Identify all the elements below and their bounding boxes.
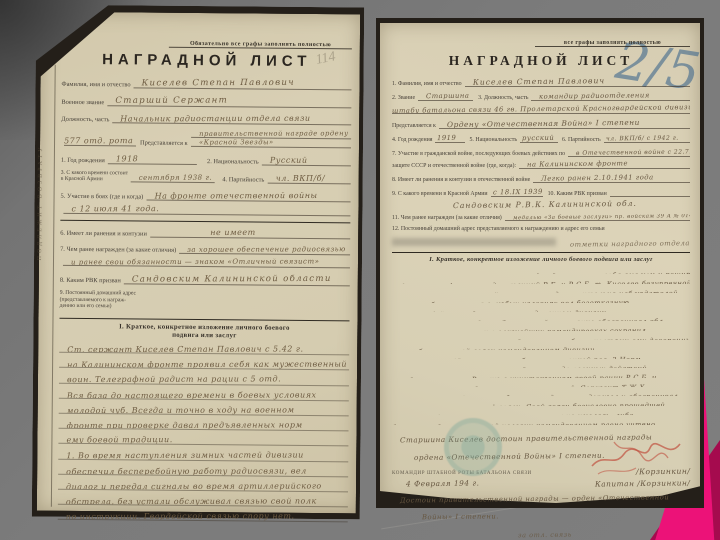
handwritten-line: всего личного командира связи им поручен… [392, 378, 690, 387]
section-divider-thick [59, 318, 349, 322]
handwritten-line: вел рацию по эвакуации в важнейших коман… [392, 321, 690, 330]
handwritten-body: Ст. сержант Киселев Степан Павлович с 5.… [58, 338, 350, 523]
field-underline: 577 отд. рота св. [64, 136, 136, 147]
field-label: 5. Участие в боях (где и когда) [61, 193, 144, 201]
handwritten-value: и ранее свои обязанности — знаком «Отлич… [63, 258, 319, 267]
handwriting: всего личного командира связи им поручен… [392, 383, 647, 387]
field-label: 11. Чем ранее награжден (за какие отличи… [392, 215, 502, 221]
field-underline: чл. ВКП/б/ [267, 174, 351, 185]
handwritten-line: работой, обеспечивающей комсостав и допо… [392, 284, 690, 293]
field-label-line: дению или его семьи) [60, 303, 112, 309]
field-row-name: 1. Фамилия, имя и отчество Киселев Степа… [392, 77, 690, 87]
field-row-service-rvk: 9. С какого времени в Красной Армии с 18… [392, 188, 690, 197]
field-label: Должность, часть [61, 116, 109, 123]
slide: ПОДЛЕЖИТ ВОЗВРАТУ 114 Обязательно все гр… [0, 0, 720, 540]
form-content: все графы заполнять полностью НАГРАДНОЙ … [392, 40, 690, 540]
field-underline: не имеет [150, 228, 350, 240]
handwritten-value: 1919 [435, 134, 456, 142]
field-row-awards: 11. Чем ранее награжден (за какие отличи… [392, 214, 690, 221]
handwritten-value: 577 отд. рота св. [64, 136, 136, 145]
field-row-rvk: 8. Каким РВК призван Сандовским Калининс… [60, 273, 350, 287]
endorsement-line: Войны» I степени. [392, 506, 690, 524]
handwritten-line: рации батальонной связи командованием ди… [392, 340, 690, 349]
field-label: 4. Партийность [222, 177, 264, 184]
handwriting: по инструкции. Гвардейской связью спору … [58, 511, 295, 521]
handwritten-value: русский [520, 134, 554, 142]
handwritten-date: 4 Февраля 194 г. [392, 478, 480, 488]
field-underline: штабу батальона связи 46 гв. Пролетарско… [392, 105, 690, 114]
handwritten-value: командир радиоотделения [531, 92, 650, 101]
field-underline: на Калининском фронте [519, 160, 690, 169]
field-label-line: в Красной Армии [61, 176, 103, 182]
handwritten-value: Начальник радиостанции отдела связи [112, 114, 310, 124]
field-label: 7. Участие в гражданской войне, последую… [392, 151, 565, 157]
field-underline: Начальник радиостанции отдела связи [112, 113, 351, 125]
handwriting: ему боевой традиции. [58, 435, 172, 444]
field-row-birth-nation: 1. Год рождения 1918 2. Национальность Р… [61, 154, 351, 167]
field-label: 2. Звание [392, 95, 415, 101]
field-row-rvk-2: Сандовским Р.В.К. Калининской обл. [392, 200, 690, 209]
field-row-present: Представляется к Ордену «Отечественная В… [392, 119, 690, 129]
field-label: Фамилия, имя и отчество [62, 81, 131, 89]
field-label: 6. Партийность [562, 137, 601, 143]
field-underline: Ордену «Отечественная Война» I степени [439, 119, 690, 129]
field-row-address: 9. Постоянный домашний адрес (представля… [60, 290, 350, 311]
field-row-war: 7. Участие в гражданской войне, последую… [392, 149, 690, 157]
handwritten-value: с 12 июля 41 года. [63, 204, 159, 213]
field-label: 8. Имеет ли ранения и контузии в отечест… [392, 177, 530, 183]
handwritten-body: Находясь на фронте отечественной войны п… [392, 265, 690, 425]
field-underline: Киселев Степан Павлович [465, 77, 690, 87]
handwritten-value: чл. ВКП/б/ с 1942 г. [604, 135, 679, 142]
field-label: Военное звание [61, 99, 104, 106]
field-label: Представляется к [140, 139, 188, 146]
field-underline: медалью «За боевые заслуги» пр. войскам … [505, 214, 690, 221]
field-underline: чл. ВКП/б/ с 1942 г. [604, 135, 690, 143]
field-blank [610, 196, 690, 197]
field-row-wounds: 6. Имеет ли ранения и контузии не имеет [60, 227, 350, 240]
section-divider [392, 252, 690, 253]
section-heading: I. Краткое, конкретное изложение личного… [392, 256, 690, 263]
handwritten-value: не имеет [150, 228, 255, 237]
handwritten-value: Сандовским Калининской области [124, 274, 332, 285]
handwritten-line: в любой работе за все, что все в которых… [392, 406, 690, 415]
field-value-stack: правительственной награде ордену «Красно… [191, 129, 352, 148]
field-label: 10. Каким РВК призван [548, 191, 607, 197]
field-row-war-2: защите СССР и отечественной войне (где, … [392, 160, 690, 169]
handwritten-line: в условиях командировки работал всегда у… [392, 387, 690, 396]
document-title: НАГРАДНОЙ ЛИСТ [392, 53, 690, 69]
handwriting: вышел с Киселевым аппаратурой в связи до… [392, 364, 647, 368]
field-label: 7. Чем ранее награжден (за какие отличия… [60, 246, 176, 254]
handwritten-line: по инструкции. Гвардейской связью спору … [58, 505, 348, 523]
handwriting: радиотелеграфистом радиостанций Р.Б. и Р… [392, 280, 690, 284]
handwritten-value: Старший Сержант [107, 96, 228, 106]
handwriting: Достоин правительственной награды — орде… [392, 493, 669, 504]
field-underline: Легко ранен 2.10.1941 года [533, 174, 690, 183]
handwritten-line: радиотелеграфистом радиостанций Р.Б. и Р… [392, 274, 690, 283]
field-underline: 1918 [108, 154, 197, 165]
field-label: защите СССР и отечественной войне (где, … [392, 163, 516, 169]
field-underline: Киселев Степан Павлович [134, 77, 352, 90]
handwriting: Войны» I степени. [392, 512, 499, 521]
handwritten-line: связь аппаратуры личной связи. Свой связ… [392, 396, 690, 405]
handwritten-value: в Отечественной войне с 22.7.1941 г. [568, 149, 690, 157]
document-title: НАГРАДНОЙ ЛИСТ [62, 51, 352, 71]
handwritten-value: Ордену «Отечественная Война» I степени [439, 119, 640, 129]
field-underline: На фронте отечественной войны [146, 191, 350, 203]
handwritten-line: С 14 января 1945 при прорыве обороны нем… [392, 350, 690, 359]
field-label: 9. Постоянный домашний адрес (представля… [60, 290, 136, 309]
handwriting: отметки наградного отдела [562, 239, 690, 249]
field-underline: командир радиоотделения [531, 92, 690, 101]
handwriting: В 1944 г. в районе г. Орша Смоленской по… [392, 317, 666, 321]
field-row-post-2: штабу батальона связи 46 гв. Пролетарско… [392, 105, 690, 114]
final-note: за отл. связь [392, 524, 690, 540]
field-row-birth-nation-party: 4. Год рождения 1919 5. Национальность р… [392, 134, 690, 143]
handwriting: и бесперебойную радиосвязь командованием… [392, 308, 609, 312]
handwriting: Находясь на фронте отечественной войны п… [392, 270, 690, 274]
field-row-battles-2: с 12 июля 41 года. [60, 204, 350, 217]
field-underline: «Красной Звезды» [191, 138, 351, 148]
field-row-awards: 7. Чем ранее награжден (за какие отличия… [60, 244, 350, 256]
section-divider [60, 220, 350, 224]
field-underline: и ранее свои обязанности — знаком «Отлич… [63, 257, 350, 269]
field-label: 3. С какого времени состоит в Красной Ар… [61, 170, 128, 183]
field-underline: русский [520, 134, 558, 143]
handwritten-value: за хорошее обеспечение радиосвязью [179, 246, 346, 255]
handwritten-value: чл. ВКП/б/ [267, 174, 325, 183]
handwritten-value: сентября 1938 г. [131, 174, 212, 182]
handwriting: связь аппаратуры личной связи. Свой связ… [392, 402, 665, 406]
endorsement-line: Достоин правительственной награды — орде… [392, 488, 690, 506]
handwritten-line: гвард. прошел им в Россию с уничтожением… [392, 368, 690, 377]
handwritten-value: правительственной награде ордену [191, 129, 349, 138]
field-row-name: Фамилия, имя и отчество Киселев Степан П… [62, 77, 352, 91]
handwritten-value: медалью «За боевые заслуги» пр. войскам … [505, 214, 690, 221]
field-label: Представляется к [392, 123, 436, 129]
handwritten-value: Русский [262, 156, 308, 165]
handwriting: работой, обеспечивающей комсостав и допо… [392, 289, 678, 293]
handwritten-value: на Калининском фронте [519, 160, 628, 169]
field-underline: Старшина [418, 92, 473, 101]
field-underline: в Отечественной войне с 22.7.1941 г. [568, 149, 690, 157]
field-underline: 1919 [435, 134, 465, 143]
field-label: 3. Должность, часть [478, 95, 528, 101]
field-row-address: 12. Постоянный домашний адрес представля… [392, 226, 690, 232]
field-label: 1. Год рождения [61, 157, 105, 164]
award-sheet-left: ПОДЛЕЖИТ ВОЗВРАТУ 114 Обязательно все гр… [32, 5, 364, 520]
field-underline: с 18.IX 1939 г. [491, 188, 543, 197]
field-label: 1. Фамилия, имя и отчество [392, 81, 462, 87]
field-label: 9. С какого времени в Красной Армии [392, 191, 488, 197]
field-label: 12. Постоянный домашний адрес представля… [392, 226, 605, 232]
handwriting: в любой работе за все, что все в которых… [392, 411, 634, 415]
handwriting: С 14 января 1945 при прорыве обороны нем… [392, 355, 641, 359]
handwritten-value: с 18.IX 1939 г. [491, 188, 543, 196]
handwritten-line: и продолжительное время продержался с об… [392, 331, 690, 340]
field-underline: с 12 июля 41 года. [63, 204, 350, 217]
form-content: Обязательно все графы заполнять полность… [58, 40, 352, 523]
field-row-rank: Военное звание Старший Сержант [61, 95, 351, 109]
handwritten-value: 1918 [108, 154, 138, 163]
handwriting: гвард. прошел им в Россию с уничтожением… [392, 374, 657, 378]
field-label: 5. Национальность [469, 137, 517, 143]
handwriting: за отл. связь [510, 530, 572, 539]
field-label: 4. Год рождения [392, 137, 432, 143]
handwriting: в условиях командировки работал всегда у… [392, 392, 678, 396]
field-label: 2. Национальность [207, 158, 259, 165]
scan-smudge [392, 238, 556, 246]
form-instruction: все графы заполнять полностью [535, 40, 690, 47]
handwritten-value: На фронте отечественной войны [146, 191, 317, 201]
field-row-present: 577 отд. рота св. Представляется к прави… [61, 128, 351, 149]
field-row-awards-2: и ранее свои обязанности — знаком «Отлич… [60, 257, 350, 269]
handwritten-value: штабу батальона связи 46 гв. Пролетарско… [392, 105, 690, 114]
handwriting: рации батальонной связи командованием ди… [392, 346, 597, 350]
form-instruction: Обязательно все графы заполнять полность… [169, 41, 352, 50]
handwritten-line: В 1944 г. в районе г. Орша Смоленской по… [392, 312, 690, 321]
handwritten-value: Киселев Степан Павлович [465, 77, 605, 87]
handwritten-line: вышел с Киселевым аппаратурой в связи до… [392, 359, 690, 368]
red-pencil-scribble [584, 422, 694, 480]
field-row-wounds: 8. Имеет ли ранения и контузии в отечест… [392, 174, 690, 183]
handwriting: и продолжительное время продержался с об… [392, 336, 690, 340]
field-blank [139, 310, 350, 312]
field-row-rank-post: 2. Звание Старшина 3. Должность, часть к… [392, 92, 690, 101]
handwritten-value: Старшина [418, 92, 469, 100]
handwritten-value: «Красной Звезды» [191, 138, 274, 146]
field-label: 8. Каким РВК призван [60, 277, 121, 285]
round-stamp [444, 418, 502, 476]
field-underline: сентября 1938 г. [131, 174, 214, 184]
handwriting: вел рацию по эвакуации в важнейших коман… [392, 327, 646, 331]
field-row-battles: 5. Участие в боях (где и когда) На фронт… [61, 190, 351, 203]
field-underline: за хорошее обеспечение радиосвязью [179, 245, 350, 255]
field-row-service-party: 3. С какого времени состоит в Красной Ар… [61, 170, 351, 185]
handwritten-value: Сандовским Р.В.К. Калининской обл. [445, 199, 637, 210]
handwritten-line: и бесперебойную радиосвязь командованием… [392, 303, 690, 312]
margin-vertical-text: ПОДЛЕЖИТ ВОЗВРАТУ [37, 145, 44, 261]
handwritten-value: Легко ранен 2.10.1941 года [533, 174, 654, 183]
field-row-post: Должность, часть Начальник радиостанции … [61, 113, 351, 126]
field-underline: Сандовским Калининской области [124, 274, 350, 287]
handwritten-line: Находясь на фронте отечественной войны п… [392, 265, 690, 274]
field-underline: Русский [262, 156, 351, 167]
field-underline: Старший Сержант [107, 95, 351, 108]
handwritten-line: в части обслуживания в любых условиях ве… [392, 293, 690, 302]
handwriting: в части обслуживания в любых условиях ве… [392, 299, 629, 303]
field-label: 6. Имеет ли ранения и контузии [60, 230, 147, 238]
handwritten-value: Киселев Степан Павлович [134, 78, 295, 89]
award-sheet-right: 2/5 все графы заполнять полностью НАГРАД… [376, 18, 704, 508]
